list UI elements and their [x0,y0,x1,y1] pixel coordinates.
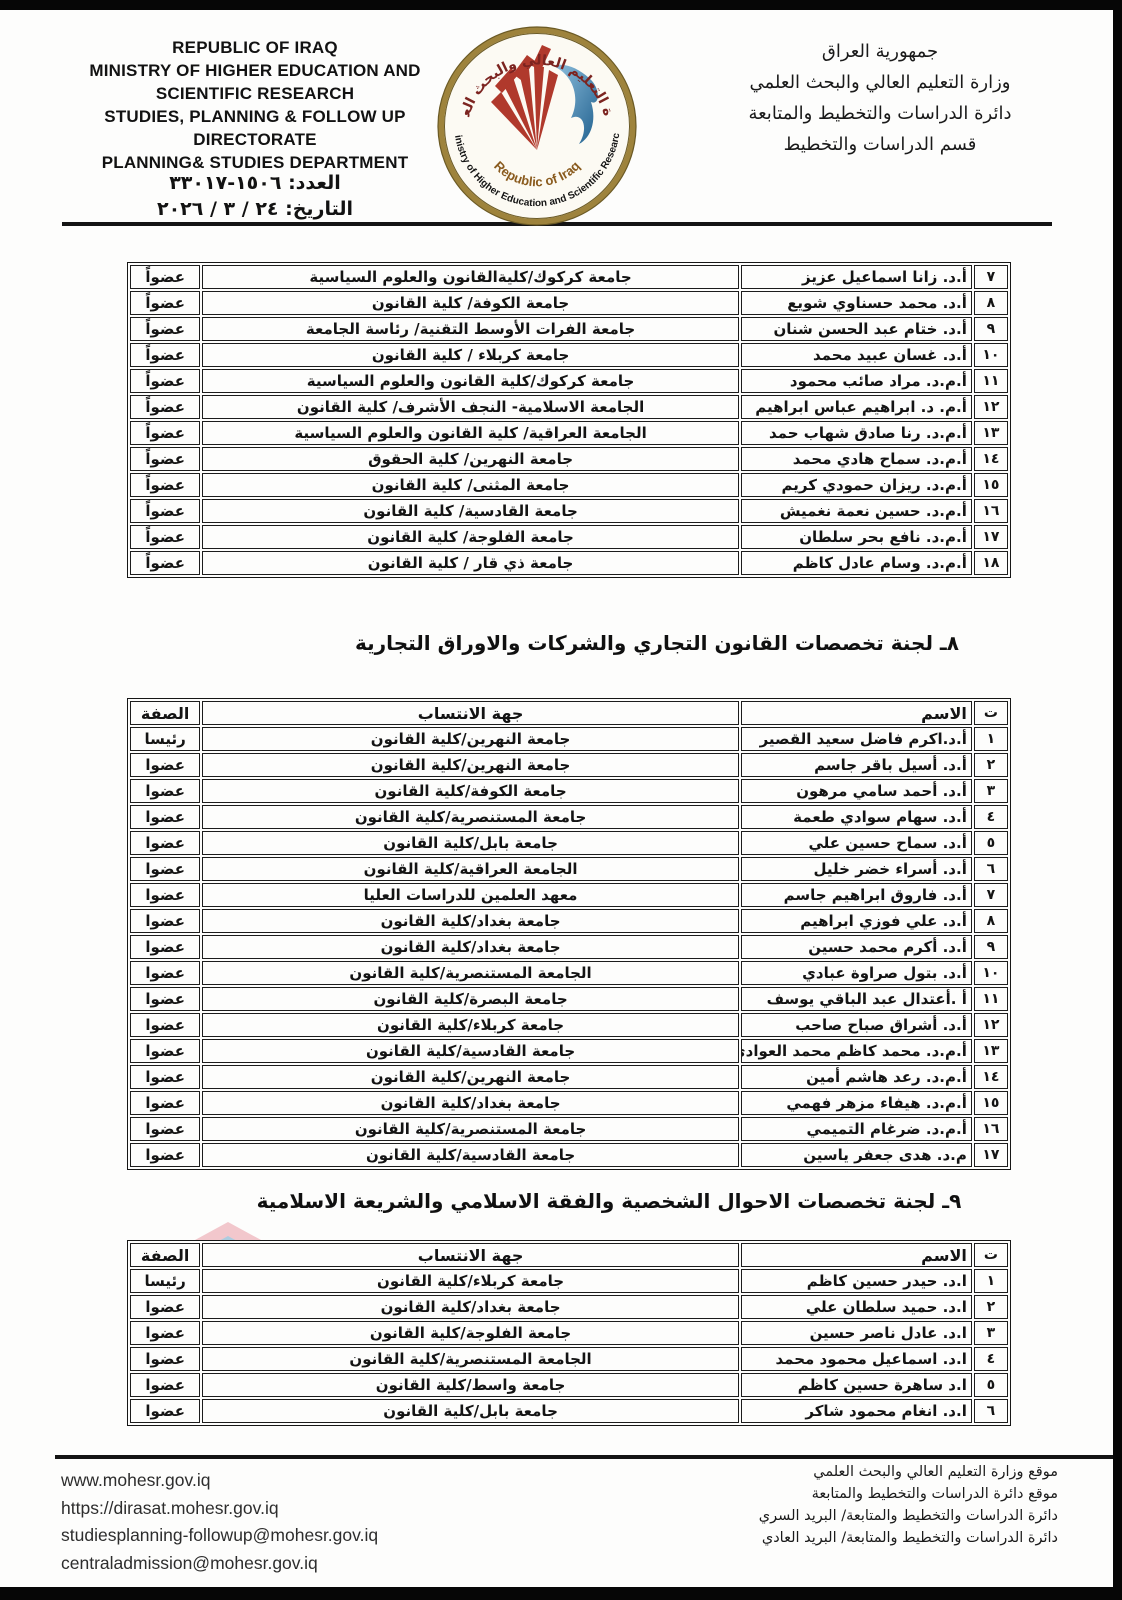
row-number-cell: ٥ [974,1373,1008,1397]
affiliation-cell: جامعة الفلوجة/ كلية القانون [202,525,738,549]
table-row: ١أ.د.اكرم فاضل سعيد القصيرجامعة النهرين/… [130,727,1008,751]
role-cell: عضواً [130,499,200,523]
row-number-cell: ١٢ [974,1013,1008,1037]
table-row: ٧أ.د. فاروق ابراهيم جاسممعهد العلمين للد… [130,883,1008,907]
affiliation-cell: جامعة كربلاء/كلية القانون [202,1269,738,1293]
row-number-cell: ١٥ [974,473,1008,497]
affiliation-cell: جامعة بابل/كلية القانون [202,831,738,855]
affiliation-cell: الجامعة المستنصرية/كلية القانون [202,961,738,985]
table-row: ١٠أ.د. غسان عبيد محمدجامعة كربلاء / كلية… [130,343,1008,367]
issue-number: العدد: ١٥٠٦-٣٣٠١٧ [55,172,455,194]
letterhead-line: دائرة الدراسات والتخطيط والمتابعة [700,98,1060,129]
role-cell: عضوا [130,1065,200,1089]
scan-edge-bottom [0,1587,1122,1600]
member-name-cell: أ.م.د. رنا صادق شهاب حمد [741,421,972,445]
row-number-cell: ٣ [974,1321,1008,1345]
affiliation-cell: جامعة بغداد/كلية القانون [202,935,738,959]
affiliation-cell: الجامعة العراقية/ كلية القانون والعلوم ا… [202,421,738,445]
table-row: ١٧أ.م.د. نافع بحر سلطانجامعة الفلوجة/ كل… [130,525,1008,549]
table-row: ٥ا.د ساهرة حسين كاظمجامعة واسط/كلية القا… [130,1373,1008,1397]
footer-arabic-labels: موقع وزارة التعليم العالي والبحث العلمي … [759,1461,1058,1549]
affiliation-cell: جامعة ذي قار / كلية القانون [202,551,738,575]
role-cell: عضوا [130,1091,200,1115]
role-cell: رئيسا [130,1269,200,1293]
affiliation-cell: الجامعة الاسلامية- النجف الأشرف/ كلية ال… [202,395,738,419]
affiliation-cell: الجامعة المستنصرية/كلية القانون [202,1347,738,1371]
member-name-cell: ا.د. عادل ناصر حسين [741,1321,972,1345]
letterhead-line: DIRECTORATE [55,128,455,151]
letterhead-line: SCIENTIFIC RESEARCH [55,82,455,105]
table-row: ٩أ.د. ختام عبد الحسن شنانجامعة الفرات ال… [130,317,1008,341]
affiliation-cell: جامعة القادسية/كلية القانون [202,1143,738,1167]
table-row: ٦ا.د. انغام محمود شاكرجامعة بابل/كلية ال… [130,1399,1008,1423]
table-row: ٣ا.د. عادل ناصر حسينجامعة الفلوجة/كلية ا… [130,1321,1008,1345]
letterhead-line: MINISTRY OF HIGHER EDUCATION AND [55,59,455,82]
footer-arabic-line: دائرة الدراسات والتخطيط والمتابعة/ البري… [759,1505,1058,1527]
affiliation-cell: جامعة المثنى/ كلية القانون [202,473,738,497]
row-number-cell: ١٨ [974,551,1008,575]
table-row: ١٦أ.م.د. ضرغام التميميجامعة المستنصرية/ك… [130,1117,1008,1141]
affiliation-cell: جامعة النهرين/كلية القانون [202,753,738,777]
affiliation-cell: جامعة الفرات الأوسط التقنية/ رئاسة الجام… [202,317,738,341]
row-number-cell: ٤ [974,805,1008,829]
member-name-cell: أ.د.اكرم فاضل سعيد القصير [741,727,972,751]
row-number-cell: ٨ [974,909,1008,933]
committee-7-continuation-table: ٧أ.د. زانا اسماعيل عزيزجامعة كركوك/كليةا… [127,262,1011,578]
row-number-cell: ٤ [974,1347,1008,1371]
member-name-cell: أ .أعتدال عبد الباقي يوسف [741,987,972,1011]
column-header-name: الاسم [741,1243,972,1267]
column-header-number: ت [974,701,1008,725]
table-row: ١ا.د. حيدر حسين كاظمجامعة كربلاء/كلية ال… [130,1269,1008,1293]
column-header-affiliation: جهة الانتساب [202,701,738,725]
role-cell: عضواً [130,447,200,471]
affiliation-cell: جامعة الفلوجة/كلية القانون [202,1321,738,1345]
role-cell: عضواً [130,525,200,549]
table-row: ٧أ.د. زانا اسماعيل عزيزجامعة كركوك/كليةا… [130,265,1008,289]
footer-arabic-line: موقع وزارة التعليم العالي والبحث العلمي [759,1461,1058,1483]
letterhead-arabic: جمهورية العراق وزارة التعليم العالي والب… [700,36,1060,160]
row-number-cell: ١٦ [974,1117,1008,1141]
table-row: ٨أ.د. محمد حسناوي شويعجامعة الكوفة/ كلية… [130,291,1008,315]
member-name-cell: أ.م.د. حسين نعمة نغميش [741,499,972,523]
member-name-cell: أ.م.د. محمد كاظم محمد العوادي [741,1039,972,1063]
member-name-cell: ا.د. اسماعيل محمود محمد [741,1347,972,1371]
committee-8-table: ت الاسم جهة الانتساب الصفة ١أ.د.اكرم فاض… [127,698,1011,1170]
row-number-cell: ٢ [974,1295,1008,1319]
issue-date: التاريخ: ٢٤ / ٣ / ٢٠٢٦ [55,198,455,220]
table-row: ١٥أ.م.د. هيفاء مزهر فهميجامعة بغداد/كلية… [130,1091,1008,1115]
column-header-role: الصفة [130,701,200,725]
affiliation-cell: جامعة القادسية/كلية القانون [202,1039,738,1063]
scan-edge-top [0,0,1122,10]
member-name-cell: أ.د. زانا اسماعيل عزيز [741,265,972,289]
footer-arabic-line: موقع دائرة الدراسات والتخطيط والمتابعة [759,1483,1058,1505]
role-cell: عضواً [130,551,200,575]
member-name-cell: أ.د. بتول صراوة عبادي [741,961,972,985]
row-number-cell: ٩ [974,935,1008,959]
member-name-cell: أ.د. سماح حسين علي [741,831,972,855]
member-name-cell: أ.م.د. رعد هاشم أمين [741,1065,972,1089]
column-header-name: الاسم [741,701,972,725]
member-name-cell: أ.د. سهام سوادي طعمة [741,805,972,829]
row-number-cell: ١٤ [974,1065,1008,1089]
table-header-row: ت الاسم جهة الانتساب الصفة [130,1243,1008,1267]
affiliation-cell: جامعة كركوك/كليةالقانون والعلوم السياسية [202,265,738,289]
row-number-cell: ١٧ [974,1143,1008,1167]
table-row: ٣أ.د. أحمد سامي مرهونجامعة الكوفة/كلية ا… [130,779,1008,803]
row-number-cell: ١٥ [974,1091,1008,1115]
role-cell: عضوا [130,1143,200,1167]
role-cell: عضوا [130,831,200,855]
affiliation-cell: جامعة واسط/كلية القانون [202,1373,738,1397]
member-name-cell: أ.م.د. سماح هادي محمد [741,447,972,471]
row-number-cell: ١٧ [974,525,1008,549]
table-row: ١٨أ.م.د. وسام عادل كاظمجامعة ذي قار / كل… [130,551,1008,575]
member-name-cell: أ.م.د. ضرغام التميمي [741,1117,972,1141]
column-header-affiliation: جهة الانتساب [202,1243,738,1267]
ministry-seal-logo: وزارة التعليم العالي والبحث العلمي Repub… [437,26,637,226]
table-row: ١٢أ.د. أشراق صباح صاحبجامعة كربلاء/كلية … [130,1013,1008,1037]
affiliation-cell: جامعة الكوفة/كلية القانون [202,779,738,803]
member-name-cell: أ.د. محمد حسناوي شويع [741,291,972,315]
table-header-row: ت الاسم جهة الانتساب الصفة [130,701,1008,725]
affiliation-cell: الجامعة العراقية/كلية القانون [202,857,738,881]
table-row: ١٣أ.م.د. رنا صادق شهاب حمدالجامعة العراق… [130,421,1008,445]
role-cell: عضوا [130,1347,200,1371]
member-name-cell: أ.د. غسان عبيد محمد [741,343,972,367]
scanned-document-page: REPUBLIC OF IRAQ MINISTRY OF HIGHER EDUC… [0,0,1122,1600]
member-name-cell: ا.د. حيدر حسين كاظم [741,1269,972,1293]
table-row: ٦أ.د. أسراء خضر خليلالجامعة العراقية/كلي… [130,857,1008,881]
role-cell: عضوا [130,1321,200,1345]
member-name-cell: ا.د. انغام محمود شاكر [741,1399,972,1423]
footer-dirasat-url: https://dirasat.mohesr.gov.iq [61,1495,378,1523]
row-number-cell: ١ [974,1269,1008,1293]
member-name-cell: أ.م.د. وسام عادل كاظم [741,551,972,575]
row-number-cell: ١ [974,727,1008,751]
member-name-cell: أ.م.د. نافع بحر سلطان [741,525,972,549]
footer-arabic-line: دائرة الدراسات والتخطيط والمتابعة/ البري… [759,1527,1058,1549]
row-number-cell: ١٠ [974,343,1008,367]
affiliation-cell: جامعة البصرة/كلية القانون [202,987,738,1011]
footer-website-url: www.mohesr.gov.iq [61,1467,378,1495]
row-number-cell: ٨ [974,291,1008,315]
table-row: ١٧م.د. هدى جعفر ياسينجامعة القادسية/كلية… [130,1143,1008,1167]
affiliation-cell: جامعة بغداد/كلية القانون [202,1091,738,1115]
member-name-cell: م.د. هدى جعفر ياسين [741,1143,972,1167]
member-name-cell: أ.د. أحمد سامي مرهون [741,779,972,803]
role-cell: عضوا [130,961,200,985]
role-cell: عضوا [130,909,200,933]
table-row: ٨أ.د. علي فوزي ابراهيمجامعة بغداد/كلية ا… [130,909,1008,933]
row-number-cell: ٢ [974,753,1008,777]
role-cell: عضوا [130,1295,200,1319]
table-row: ١١أ.م.د. مراد صائب محمودجامعة كركوك/كلية… [130,369,1008,393]
role-cell: عضوا [130,1373,200,1397]
table-row: ٢ا.د. حميد سلطان عليجامعة بغداد/كلية الق… [130,1295,1008,1319]
letterhead-line: قسم الدراسات والتخطيط [700,129,1060,160]
role-cell: عضوا [130,987,200,1011]
committee-9-table: ت الاسم جهة الانتساب الصفة ١ا.د. حيدر حس… [127,1240,1011,1426]
row-number-cell: ١٣ [974,1039,1008,1063]
scan-edge-right [1113,0,1122,1600]
member-name-cell: أ.م. د. ابراهيم عباس ابراهيم [741,395,972,419]
table-row: ١١أ .أعتدال عبد الباقي يوسفجامعة البصرة/… [130,987,1008,1011]
role-cell: رئيسا [130,727,200,751]
member-name-cell: أ.د. علي فوزي ابراهيم [741,909,972,933]
role-cell: عضواً [130,291,200,315]
table-row: ٩أ.د. أكرم محمد حسينجامعة بغداد/كلية الق… [130,935,1008,959]
affiliation-cell: جامعة كربلاء / كلية القانون [202,343,738,367]
row-number-cell: ١١ [974,369,1008,393]
affiliation-cell: جامعة بغداد/كلية القانون [202,909,738,933]
member-name-cell: أ.د. أشراق صباح صاحب [741,1013,972,1037]
member-name-cell: أ.م.د. هيفاء مزهر فهمي [741,1091,972,1115]
member-name-cell: أ.د. أكرم محمد حسين [741,935,972,959]
role-cell: عضوا [130,1013,200,1037]
affiliation-cell: جامعة الكوفة/ كلية القانون [202,291,738,315]
member-name-cell: أ.م.د. مراد صائب محمود [741,369,972,393]
table-row: ٤أ.د. سهام سوادي طعمةجامعة المستنصرية/كل… [130,805,1008,829]
role-cell: عضواً [130,317,200,341]
footer-studies-email: studiesplanning-followup@mohesr.gov.iq [61,1522,378,1550]
affiliation-cell: جامعة بابل/كلية القانون [202,1399,738,1423]
row-number-cell: ١٢ [974,395,1008,419]
table-row: ١٤أ.م.د. رعد هاشم أمينجامعة النهرين/كلية… [130,1065,1008,1089]
row-number-cell: ٦ [974,1399,1008,1423]
table-row: ٤ا.د. اسماعيل محمود محمدالجامعة المستنصر… [130,1347,1008,1371]
row-number-cell: ٩ [974,317,1008,341]
affiliation-cell: جامعة كربلاء/كلية القانون [202,1013,738,1037]
affiliation-cell: جامعة النهرين/كلية القانون [202,727,738,751]
letterhead-line: PLANNING& STUDIES DEPARTMENT [55,151,455,174]
affiliation-cell: جامعة القادسية/ كلية القانون [202,499,738,523]
role-cell: عضوا [130,805,200,829]
row-number-cell: ٧ [974,265,1008,289]
letterhead-line: جمهورية العراق [700,36,1060,67]
row-number-cell: ١٣ [974,421,1008,445]
affiliation-cell: جامعة المستنصرية/كلية القانون [202,1117,738,1141]
affiliation-cell: جامعة النهرين/كلية القانون [202,1065,738,1089]
letterhead-english: REPUBLIC OF IRAQ MINISTRY OF HIGHER EDUC… [55,36,455,174]
letterhead-line: REPUBLIC OF IRAQ [55,36,455,59]
letterhead-line: وزارة التعليم العالي والبحث العلمي [700,67,1060,98]
affiliation-cell: جامعة بغداد/كلية القانون [202,1295,738,1319]
member-name-cell: أ.د. أسراء خضر خليل [741,857,972,881]
role-cell: عضوا [130,753,200,777]
row-number-cell: ١٠ [974,961,1008,985]
footer-admission-email: centraladmission@mohesr.gov.iq [61,1550,378,1578]
row-number-cell: ٣ [974,779,1008,803]
table-row: ٢أ.د. أسيل باقر جاسمجامعة النهرين/كلية ا… [130,753,1008,777]
role-cell: عضواً [130,473,200,497]
row-number-cell: ٦ [974,857,1008,881]
table-row: ١٣أ.م.د. محمد كاظم محمد العواديجامعة الق… [130,1039,1008,1063]
member-name-cell: ا.د. حميد سلطان علي [741,1295,972,1319]
role-cell: عضواً [130,265,200,289]
row-number-cell: ١٤ [974,447,1008,471]
row-number-cell: ١٦ [974,499,1008,523]
role-cell: عضوا [130,1039,200,1063]
row-number-cell: ٥ [974,831,1008,855]
affiliation-cell: جامعة المستنصرية/كلية القانون [202,805,738,829]
role-cell: عضوا [130,1117,200,1141]
table-row: ١٦أ.م.د. حسين نعمة نغميشجامعة القادسية/ … [130,499,1008,523]
affiliation-cell: جامعة النهرين/ كلية الحقوق [202,447,738,471]
member-name-cell: أ.د. أسيل باقر جاسم [741,753,972,777]
table-row: ٥أ.د. سماح حسين عليجامعة بابل/كلية القان… [130,831,1008,855]
letterhead-line: STUDIES, PLANNING & FOLLOW UP [55,105,455,128]
table-row: ١٢أ.م. د. ابراهيم عباس ابراهيمالجامعة ال… [130,395,1008,419]
table-row: ١٤أ.م.د. سماح هادي محمدجامعة النهرين/ كل… [130,447,1008,471]
role-cell: عضوا [130,779,200,803]
section-9-title: ٩ـ لجنة تخصصات الاحوال الشخصية والفقة ال… [167,1189,1051,1213]
role-cell: عضوا [130,883,200,907]
footer-divider-line [55,1455,1113,1459]
role-cell: عضوا [130,857,200,881]
row-number-cell: ٧ [974,883,1008,907]
affiliation-cell: معهد العلمين للدراسات العليا [202,883,738,907]
section-8-title: ٨ـ لجنة تخصصات القانون التجاري والشركات … [215,631,1099,655]
table-row: ١٥أ.م.د. ريزان حمودي كريمجامعة المثنى/ ك… [130,473,1008,497]
role-cell: عضواً [130,421,200,445]
footer-links: www.mohesr.gov.iq https://dirasat.mohesr… [61,1467,378,1577]
member-name-cell: أ.د. فاروق ابراهيم جاسم [741,883,972,907]
role-cell: عضواً [130,395,200,419]
role-cell: عضوا [130,1399,200,1423]
role-cell: عضواً [130,369,200,393]
member-name-cell: ا.د ساهرة حسين كاظم [741,1373,972,1397]
affiliation-cell: جامعة كركوك/كلية القانون والعلوم السياسي… [202,369,738,393]
member-name-cell: أ.د. ختام عبد الحسن شنان [741,317,972,341]
row-number-cell: ١١ [974,987,1008,1011]
role-cell: عضواً [130,343,200,367]
column-header-role: الصفة [130,1243,200,1267]
member-name-cell: أ.م.د. ريزان حمودي كريم [741,473,972,497]
role-cell: عضوا [130,935,200,959]
column-header-number: ت [974,1243,1008,1267]
table-row: ١٠أ.د. بتول صراوة عباديالجامعة المستنصري… [130,961,1008,985]
